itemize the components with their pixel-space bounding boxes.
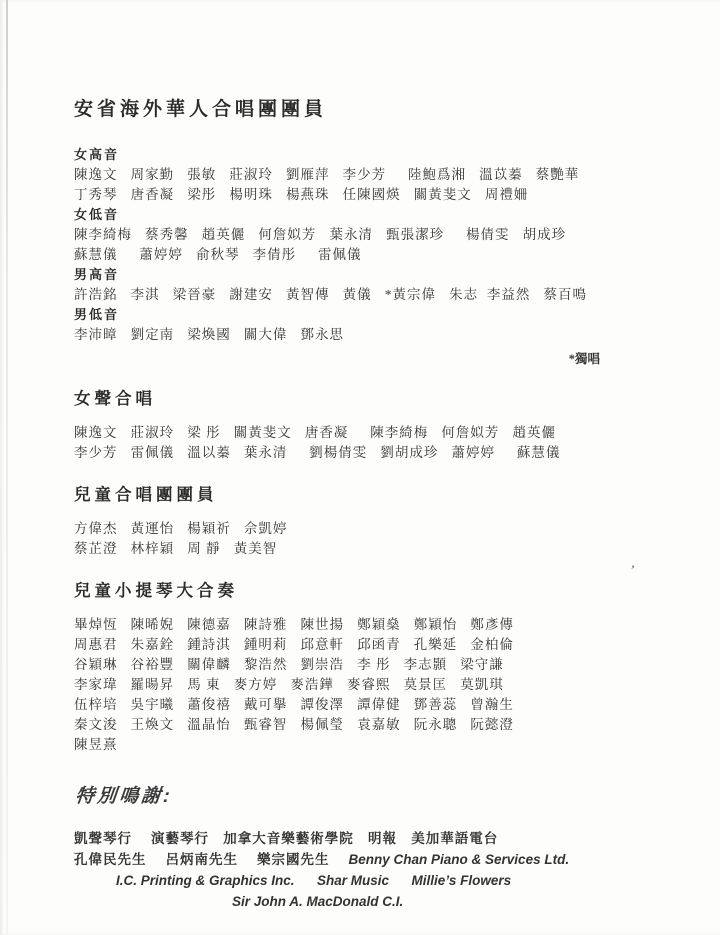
name-row: 方偉杰 黃運怡 楊穎祈 佘凱婷 bbox=[74, 519, 682, 539]
thanks-line-4: Sir John A. MacDonald C.I. bbox=[74, 891, 682, 912]
thanks-line-2-chinese: 孔偉民先生 呂炳南先生 樂宗國先生 bbox=[74, 852, 349, 867]
scanned-program-page: ’ 安省海外華人合唱團團員 女高音 陳逸文 周家勤 張敏 莊淑玲 劉雁萍 李少芳… bbox=[0, 0, 720, 935]
children-choir-names: 方偉杰 黃運怡 楊穎祈 佘凱婷蔡芷澄 林梓穎 周 靜 黃美智 bbox=[74, 519, 682, 559]
soprano-names: 陳逸文 周家勤 張敏 莊淑玲 劉雁萍 李少芳 陸鮑爲湘 溫苡蓁 蔡艷華丁秀琴 唐… bbox=[74, 165, 682, 205]
alto-names: 陳李綺梅 蔡秀馨 趙英儷 何詹姒芳 葉永清 甄張潔珍 楊倩雯 胡成珍蘇慧儀 蕭婷… bbox=[74, 225, 682, 265]
female-chorus-title: 女聲合唱 bbox=[74, 385, 682, 409]
name-row: 蘇慧儀 蕭婷婷 俞秋琴 李倩彤 雷佩儀 bbox=[74, 245, 682, 265]
section-bass: 男低音 李沛暲 劉定南 梁煥國 關大偉 鄧永思 bbox=[74, 305, 682, 345]
name-row: 陳逸文 周家勤 張敏 莊淑玲 劉雁萍 李少芳 陸鮑爲湘 溫苡蓁 蔡艷華 bbox=[74, 165, 682, 185]
name-row: 李沛暲 劉定南 梁煥國 關大偉 鄧永思 bbox=[74, 325, 682, 345]
name-row: 蔡芷澄 林梓穎 周 靜 黃美智 bbox=[74, 539, 682, 559]
section-special-thanks: 特別鳴謝: 凱聲琴行 演藝琴行 加拿大音樂藝術學院 明報 美加華語電台 孔偉民先… bbox=[74, 781, 682, 912]
name-row: 陳昱熹 bbox=[74, 735, 682, 755]
voice-label-alto: 女低音 bbox=[74, 205, 682, 225]
section-children-violin: 兒童小提琴大合奏 畢焯恆 陳晞婗 陳德嘉 陳詩雅 陳世揚 鄭穎燊 鄭穎怡 鄭彥傳… bbox=[74, 577, 682, 755]
section-soprano: 女高音 陳逸文 周家勤 張敏 莊淑玲 劉雁萍 李少芳 陸鮑爲湘 溫苡蓁 蔡艷華丁… bbox=[74, 145, 682, 205]
bass-names: 李沛暲 劉定南 梁煥國 關大偉 鄧永思 bbox=[74, 325, 682, 345]
voice-label-tenor: 男高音 bbox=[74, 265, 682, 285]
name-row: 周惠君 朱嘉銓 鍾詩淇 鍾明莉 邱意軒 邱函青 孔樂延 金柏倫 bbox=[74, 635, 682, 655]
thanks-line-1: 凱聲琴行 演藝琴行 加拿大音樂藝術學院 明報 美加華語電台 bbox=[74, 828, 682, 849]
tenor-names: 許浩銘 李淇 梁晉豪 謝建安 黃智傳 黃儀 *黃宗偉 朱志 李益然 蔡百鳴 bbox=[74, 285, 682, 305]
thanks-line-2-english: Benny Chan Piano & Services Ltd. bbox=[349, 852, 570, 867]
section-tenor: 男高音 許浩銘 李淇 梁晉豪 謝建安 黃智傳 黃儀 *黃宗偉 朱志 李益然 蔡百… bbox=[74, 265, 682, 305]
name-row: 秦文浚 王煥文 溫晶怡 甄睿智 楊佩瑩 袁嘉敏 阮永聰 阮懿澄 bbox=[74, 715, 682, 735]
special-thanks-title: 特別鳴謝: bbox=[74, 781, 685, 808]
name-row: 李少芳 雷佩儀 溫以蓁 葉永清 劉楊倩雯 劉胡成珍 蕭婷婷 蘇慧儀 bbox=[74, 443, 682, 463]
name-row: 陳逸文 莊淑玲 梁 彤 關黃斐文 唐香凝 陳李綺梅 何詹姒芳 趙英儷 bbox=[74, 423, 682, 443]
children-violin-names: 畢焯恆 陳晞婗 陳德嘉 陳詩雅 陳世揚 鄭穎燊 鄭穎怡 鄭彥傳周惠君 朱嘉銓 鍾… bbox=[74, 615, 682, 755]
thanks-line-2: 孔偉民先生 呂炳南先生 樂宗國先生 Benny Chan Piano & Ser… bbox=[74, 849, 682, 870]
page-title: 安省海外華人合唱團團員 bbox=[74, 94, 682, 121]
name-row: 畢焯恆 陳晞婗 陳德嘉 陳詩雅 陳世揚 鄭穎燊 鄭穎怡 鄭彥傳 bbox=[74, 615, 682, 635]
name-row: 丁秀琴 唐香凝 梁彤 楊明珠 楊燕珠 任陳國煐 關黃斐文 周禮姍 bbox=[74, 185, 682, 205]
children-choir-title: 兒童合唱團團員 bbox=[74, 481, 682, 505]
voice-label-soprano: 女高音 bbox=[74, 145, 682, 165]
name-row: 李家瑋 羅暘昇 馬 東 麥方婷 麥浩鏵 麥睿熙 莫景匡 莫凱琪 bbox=[74, 675, 682, 695]
female-chorus-names: 陳逸文 莊淑玲 梁 彤 關黃斐文 唐香凝 陳李綺梅 何詹姒芳 趙英儷李少芳 雷佩… bbox=[74, 423, 682, 463]
voice-label-bass: 男低音 bbox=[74, 305, 682, 325]
page-content: 安省海外華人合唱團團員 女高音 陳逸文 周家勤 張敏 莊淑玲 劉雁萍 李少芳 陸… bbox=[74, 94, 682, 912]
name-row: 谷穎琳 谷裕豐 關偉麟 黎浩然 劉崇浩 李 彤 李志顥 梁守謙 bbox=[74, 655, 682, 675]
scan-edge-shadow bbox=[6, 0, 8, 935]
section-alto: 女低音 陳李綺梅 蔡秀馨 趙英儷 何詹姒芳 葉永清 甄張潔珍 楊倩雯 胡成珍蘇慧… bbox=[74, 205, 682, 265]
name-row: 許浩銘 李淇 梁晉豪 謝建安 黃智傳 黃儀 *黃宗偉 朱志 李益然 蔡百鳴 bbox=[74, 285, 682, 305]
solo-footnote: *獨唱 bbox=[74, 349, 682, 367]
thanks-line-3: I.C. Printing & Graphics Inc. Shar Music… bbox=[74, 870, 682, 891]
section-female-chorus: 女聲合唱 陳逸文 莊淑玲 梁 彤 關黃斐文 唐香凝 陳李綺梅 何詹姒芳 趙英儷李… bbox=[74, 385, 682, 463]
name-row: 伍梓培 吳宇曦 蕭俊禧 戴可擧 譚俊澤 譚偉健 鄧善蕊 曾瀚生 bbox=[74, 695, 682, 715]
name-row: 陳李綺梅 蔡秀馨 趙英儷 何詹姒芳 葉永清 甄張潔珍 楊倩雯 胡成珍 bbox=[74, 225, 682, 245]
section-children-choir: 兒童合唱團團員 方偉杰 黃運怡 楊穎祈 佘凱婷蔡芷澄 林梓穎 周 靜 黃美智 bbox=[74, 481, 682, 559]
children-violin-title: 兒童小提琴大合奏 bbox=[74, 577, 682, 601]
